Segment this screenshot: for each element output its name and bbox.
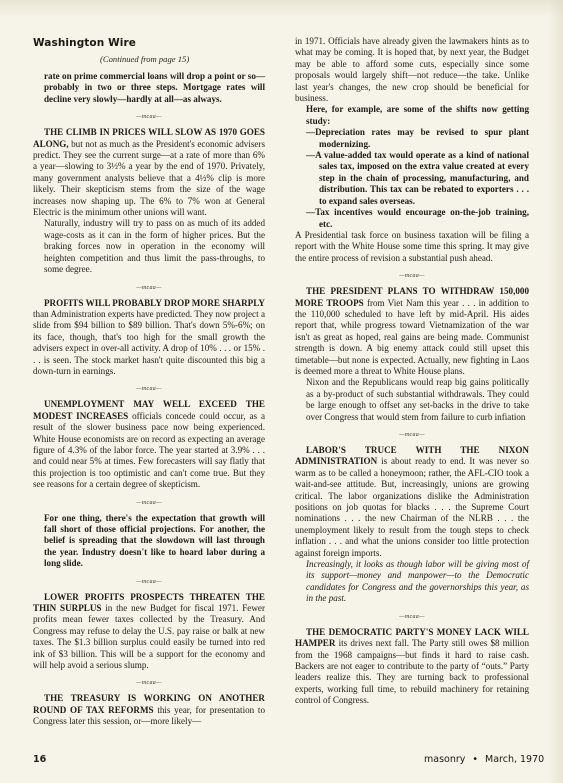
bold-note-growth: For one thing, there's the expectation t… (33, 513, 265, 570)
list-item: Depreciation rates may be revised to spu… (306, 127, 529, 150)
article-unemployment: UNEMPLOYMENT MAY WELL EXCEED THE MODEST … (33, 399, 265, 490)
issue-date: March, 1970 (485, 754, 544, 765)
continuation-paragraph: in 1971. Officials have already given th… (295, 36, 529, 104)
section-title: Washington Wire (33, 37, 136, 49)
article-prices: THE CLIMB IN PRICES WILL SLOW AS 1970 GO… (33, 127, 265, 218)
follow-troops: Nixon and the Republicans would reap big… (295, 377, 529, 423)
magazine-page: Washington Wire (Continued from page 15)… (0, 0, 563, 783)
body-unemployment: officials concede could occur, as a resu… (33, 411, 265, 489)
body-troops: from Viet Nam this year . . . in additio… (295, 298, 529, 376)
article-labor: LABOR'S TRUCE WITH THE NIXON ADMINISTRAT… (295, 445, 529, 559)
body-prices: but not as much as the President's econo… (33, 139, 265, 217)
left-column: rate on prime commercial loans will drop… (33, 71, 265, 728)
page-number: 16 (33, 754, 46, 765)
footer-publication-info: masonry•March, 1970 (424, 754, 544, 765)
body-democratic-party: its drives next fall. The Party still ow… (295, 638, 529, 705)
separator: —mcaa— (33, 679, 265, 687)
separator: —mcaa— (295, 431, 529, 439)
intro-bold-paragraph: rate on prime commercial loans will drop… (33, 71, 265, 105)
page-edge-shadow-top (0, 0, 563, 18)
separator: —mcaa— (295, 272, 529, 280)
body-labor: is about ready to end. It was never so w… (295, 456, 529, 557)
page-edge-shadow-right (549, 0, 563, 783)
task-force-paragraph: A Presidential task force on business ta… (295, 230, 529, 264)
article-surplus: LOWER PROFITS PROSPECTS THREATEN THE THI… (33, 592, 265, 672)
body-surplus: in the new Budget for fiscal 1971. Fewer… (33, 603, 265, 670)
shifts-intro: Here, for example, are some of the shift… (295, 104, 529, 127)
article-troops: THE PRESIDENT PLANS TO WITHDRAW 150,000 … (295, 286, 529, 377)
body-profits: than Administration experts have predict… (33, 309, 265, 376)
list-item: A value-added tax would operate as a kin… (306, 150, 529, 207)
article-tax-reforms: THE TREASURY IS WORKING ON ANOTHER ROUND… (33, 693, 265, 727)
separator: —mcaa— (33, 385, 265, 393)
shifts-list: Depreciation rates may be revised to spu… (295, 127, 529, 230)
continued-note: (Continued from page 15) (100, 54, 189, 64)
separator: —mcaa— (33, 113, 265, 121)
article-profits: PROFITS WILL PROBABLY DROP MORE SHARPLY … (33, 298, 265, 378)
separator: —mcaa— (295, 613, 529, 621)
publication-name: masonry (424, 754, 465, 765)
italic-note-labor: Increasingly, it looks as though labor w… (295, 559, 529, 605)
bullet-icon: • (472, 754, 478, 765)
separator: —mcaa— (33, 284, 265, 292)
list-item: Tax incentives would encourage on-the-jo… (306, 207, 529, 230)
headline-profits: PROFITS WILL PROBABLY DROP MORE SHARPLY (44, 298, 265, 308)
separator: —mcaa— (33, 578, 265, 586)
right-column: in 1971. Officials have already given th… (295, 36, 529, 707)
follow-prices: Naturally, industry will try to pass on … (33, 218, 265, 275)
article-democratic-party: THE DEMOCRATIC PARTY'S MONEY LACK WILL H… (295, 627, 529, 707)
separator: —mcaa— (33, 499, 265, 507)
